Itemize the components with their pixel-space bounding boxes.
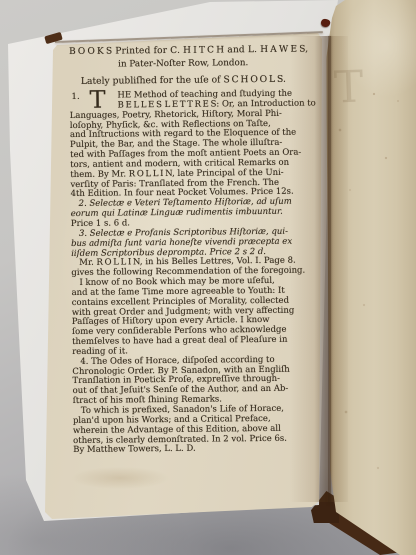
drop-cap: T <box>89 88 105 112</box>
item-number: 1. <box>71 93 79 103</box>
text-column: B O O K S Printed for C. H I T C H and L… <box>69 44 301 457</box>
page-gutter <box>290 36 348 502</box>
gutter-crease <box>328 36 331 504</box>
photo-frame: T B O O K S Printed for C. H I T C H and… <box>0 0 416 555</box>
